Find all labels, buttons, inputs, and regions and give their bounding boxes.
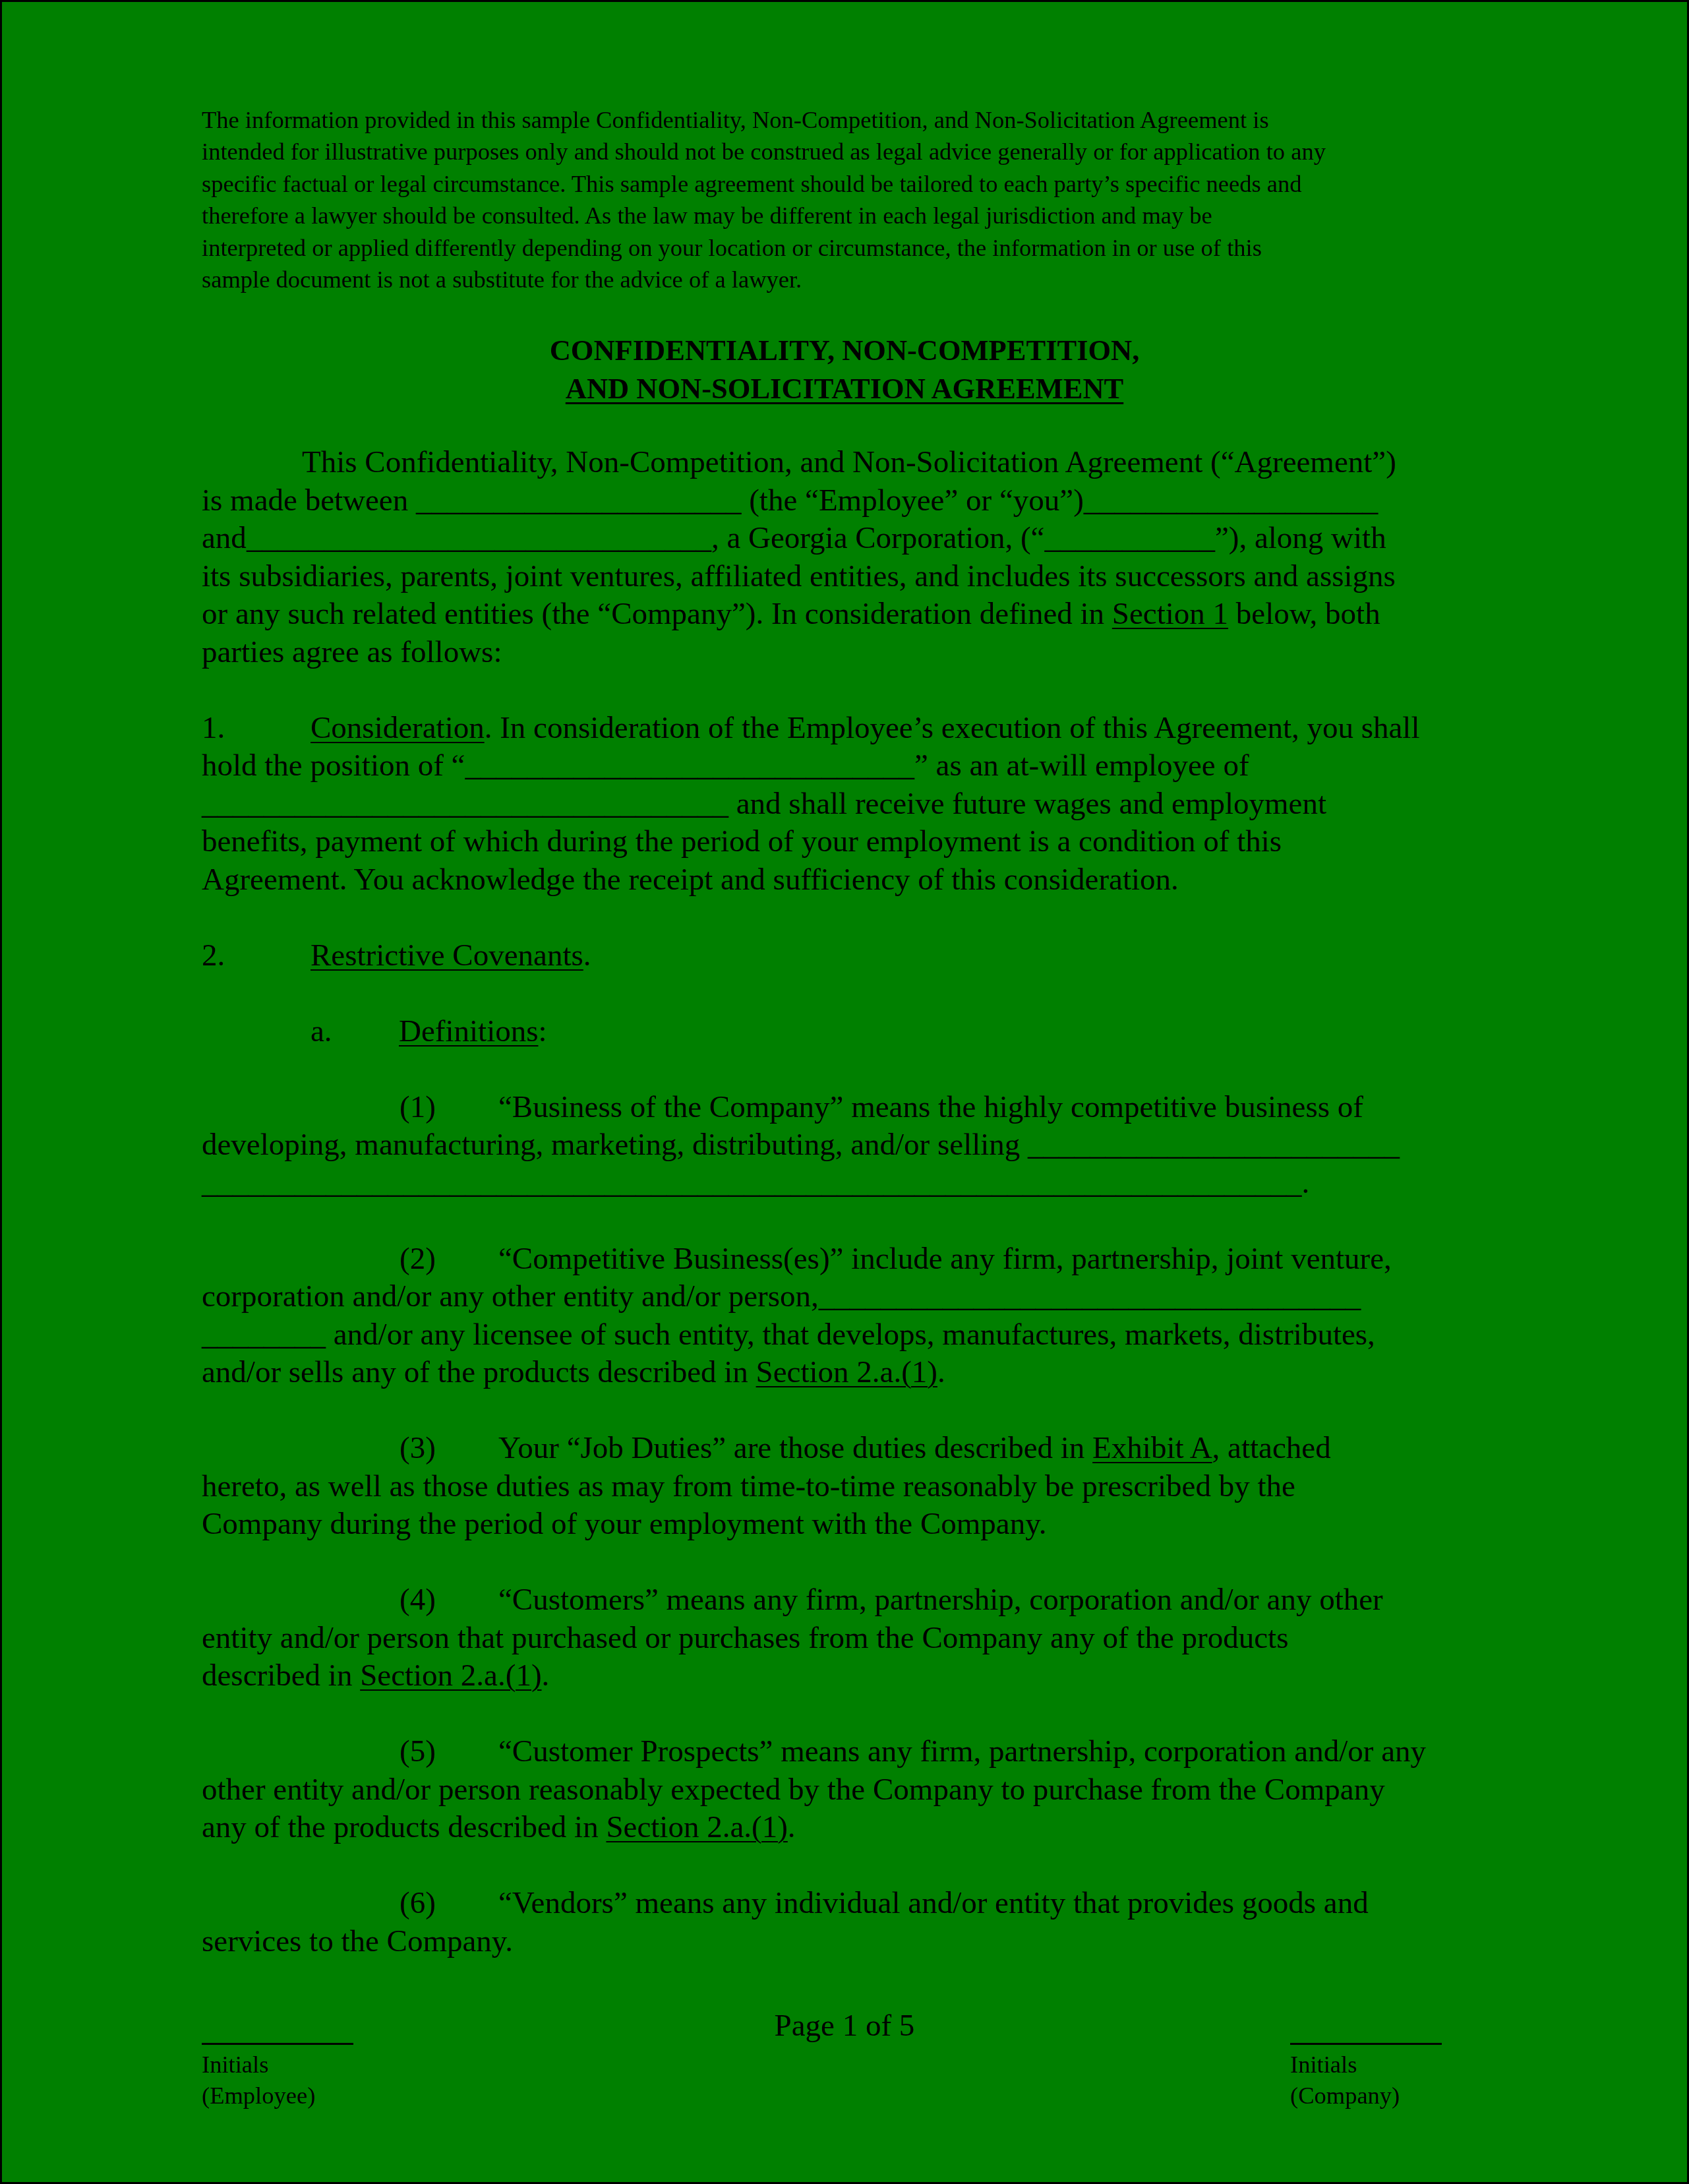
definition-text: Your “Job Duties” are those duties descr… (498, 1431, 1092, 1465)
intro-text: , a Georgia Corporation, (“ (711, 521, 1045, 555)
business-description-blank-2[interactable]: ________________________________________… (202, 1166, 1302, 1200)
section-1-link[interactable]: Section 1 (1112, 597, 1228, 631)
definition-text: developing, manufacturing, marketing, di… (202, 1128, 1028, 1162)
intro-line: its subsidiaries, parents, joint venture… (202, 558, 1487, 596)
disclaimer-line: intended for illustrative purposes only … (202, 136, 1487, 167)
definition-number: (6) (400, 1885, 498, 1923)
punctuation: . (937, 1355, 945, 1389)
definition-3: (3)Your “Job Duties” are those duties de… (202, 1430, 1487, 1544)
definition-4: (4)“Customers” means any firm, partnersh… (202, 1581, 1487, 1695)
section-text: Agreement. You acknowledge the receipt a… (202, 861, 1487, 899)
intro-text: ”), along with (1215, 521, 1386, 555)
punctuation: . (788, 1810, 796, 1844)
title-line-1: CONFIDENTIALITY, NON-COMPETITION, (0, 332, 1689, 370)
punctuation: . (583, 938, 591, 973)
disclaimer-line: interpreted or applied differently depen… (202, 232, 1487, 264)
employee-initials: Initials (Employee) (202, 2019, 353, 2111)
section-text: . In consideration of the Employee’s exe… (485, 711, 1420, 745)
intro-text: and (202, 521, 247, 555)
competitor-blank-2[interactable]: ________ (202, 1318, 326, 1352)
section-2a1-link[interactable]: Section 2.a.(1) (360, 1658, 541, 1693)
definition-text: corporation and/or any other entity and/… (202, 1279, 819, 1314)
definition-text: any of the products described in (202, 1810, 606, 1844)
definition-text: and/or sells any of the products describ… (202, 1355, 756, 1389)
employer-blank[interactable]: __________________________________ (202, 787, 728, 821)
definition-text: “Customer Prospects” means any firm, par… (498, 1734, 1426, 1769)
intro-line: parties agree as follows: (202, 634, 1487, 672)
section-1: 1.Consideration. In consideration of the… (202, 710, 1487, 899)
section-2: 2.Restrictive Covenants. a.Definitions: … (202, 937, 1487, 1961)
section-2a1-link[interactable]: Section 2.a.(1) (756, 1355, 937, 1389)
subsection-label: a. (311, 1013, 399, 1051)
exhibit-a-link[interactable]: Exhibit A (1092, 1431, 1212, 1465)
section-heading: Restrictive Covenants (311, 938, 583, 973)
definition-number: (1) (400, 1089, 498, 1127)
initials-label: Initials (1290, 2049, 1442, 2080)
subsection-heading: Definitions (399, 1014, 538, 1048)
company-initials: Initials (Company) (1290, 2019, 1442, 2111)
employee-detail-blank[interactable]: ___________________ (1084, 483, 1378, 518)
definition-text: other entity and/or person reasonably ex… (202, 1771, 1487, 1809)
definition-text: “Customers” means any firm, partnership,… (498, 1583, 1383, 1617)
intro-text: below, both (1228, 597, 1380, 631)
company-name-blank[interactable]: ______________________________ (247, 521, 711, 555)
agreement-body: This Confidentiality, Non-Competition, a… (202, 444, 1487, 1960)
punctuation: . (1302, 1166, 1310, 1200)
definition-text: described in (202, 1658, 360, 1693)
initials-party: (Employee) (202, 2080, 353, 2111)
definition-text: Company during the period of your employ… (202, 1505, 1487, 1544)
position-title-blank[interactable]: _____________________________ (465, 748, 914, 783)
employee-name-blank[interactable]: _____________________ (416, 483, 742, 518)
disclaimer-line: specific factual or legal circumstance. … (202, 168, 1487, 200)
definition-number: (2) (400, 1240, 498, 1279)
company-short-name-blank[interactable]: ___________ (1044, 521, 1215, 555)
business-description-blank[interactable]: ________________________ (1028, 1128, 1400, 1162)
definition-text: hereto, as well as those duties as may f… (202, 1468, 1487, 1506)
document-title: CONFIDENTIALITY, NON-COMPETITION, AND NO… (0, 332, 1689, 408)
definition-text: and/or any licensee of such entity, that… (326, 1318, 1375, 1352)
punctuation: . (542, 1658, 550, 1693)
section-2a1-link[interactable]: Section 2.a.(1) (606, 1810, 787, 1844)
section-number: 1. (202, 710, 311, 748)
initials-label: Initials (202, 2049, 353, 2080)
disclaimer-line: The information provided in this sample … (202, 104, 1487, 136)
title-line-2: AND NON-SOLICITATION AGREEMENT (566, 372, 1123, 405)
definition-2: (2)“Competitive Business(es)” include an… (202, 1240, 1487, 1392)
intro-text: is made between (202, 483, 416, 518)
company-initials-line[interactable] (1290, 2043, 1442, 2045)
section-text: and shall receive future wages and emplo… (728, 787, 1326, 821)
employee-initials-line[interactable] (202, 2043, 353, 2045)
section-heading: Consideration (311, 711, 485, 745)
definition-text: “Vendors” means any individual and/or en… (498, 1886, 1369, 1920)
definition-6: (6)“Vendors” means any individual and/or… (202, 1885, 1487, 1960)
competitor-blank[interactable]: ___________________________________ (819, 1279, 1361, 1314)
definition-text: , attached (1212, 1431, 1331, 1465)
intro-text: or any such related entities (the “Compa… (202, 597, 1112, 631)
intro-text: (the “Employee” or “you”) (741, 483, 1083, 518)
disclaimer-line: sample document is not a substitute for … (202, 264, 1487, 295)
punctuation: : (538, 1014, 547, 1048)
disclaimer-line: therefore a lawyer should be consulted. … (202, 200, 1487, 231)
section-text: ” as an at-will employee of (914, 748, 1249, 783)
definition-text: “Business of the Company” means the high… (498, 1090, 1363, 1124)
disclaimer: The information provided in this sample … (202, 104, 1487, 295)
definition-number: (3) (400, 1430, 498, 1468)
initials-party: (Company) (1290, 2080, 1442, 2111)
intro-line: This Confidentiality, Non-Competition, a… (302, 445, 1396, 479)
section-text: hold the position of “ (202, 748, 465, 783)
section-number: 2. (202, 937, 311, 975)
definition-5: (5)“Customer Prospects” means any firm, … (202, 1733, 1487, 1847)
definition-text: “Competitive Business(es)” include any f… (498, 1242, 1392, 1276)
definition-1: (1)“Business of the Company” means the h… (202, 1089, 1487, 1203)
definition-text: entity and/or person that purchased or p… (202, 1620, 1487, 1658)
section-text: benefits, payment of which during the pe… (202, 823, 1487, 861)
definition-number: (4) (400, 1581, 498, 1620)
definition-text: services to the Company. (202, 1923, 1487, 1961)
intro-paragraph: This Confidentiality, Non-Competition, a… (202, 444, 1487, 671)
definition-number: (5) (400, 1733, 498, 1771)
